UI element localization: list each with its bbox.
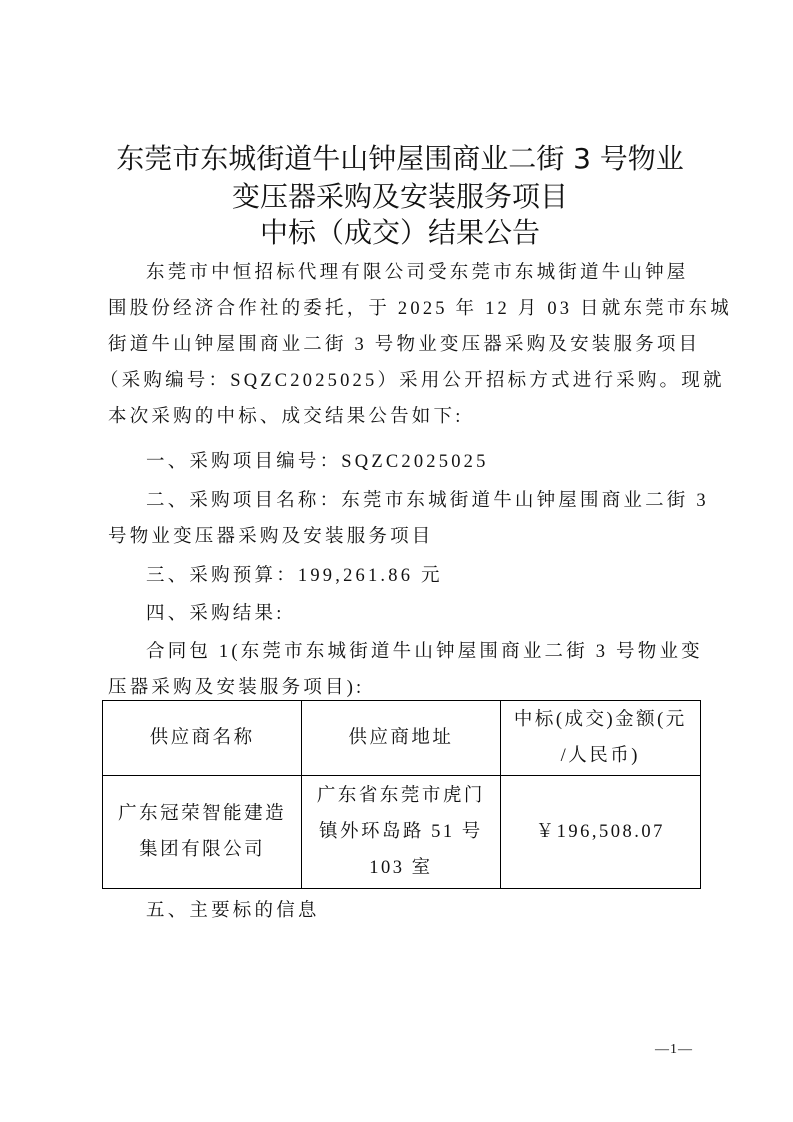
section-2-project-name-line-2: 号物业变压器采购及安装服务项目 — [108, 519, 700, 555]
section-2-project-name-line-1: 二、采购项目名称：东莞市东城街道牛山钟屋围商业二街 3 — [146, 483, 738, 519]
supplier-address-line-2: 镇外环岛路 51 号 — [306, 814, 495, 850]
section-3-budget: 三、采购预算：199,261.86 元 — [146, 558, 738, 594]
supplier-address-line-1: 广东省东莞市虎门 — [306, 778, 495, 814]
package-line-1: 合同包 1(东莞市东城街道牛山钟屋围商业二街 3 号物业变 — [146, 634, 738, 670]
section-1-project-number: 一、采购项目编号：SQZC2025025 — [146, 444, 738, 480]
header-amount-line-1: 中标(成交)金额(元 — [505, 702, 696, 738]
amount-cell: ￥196,508.07 — [500, 776, 700, 889]
header-amount: 中标(成交)金额(元 /人民币) — [500, 701, 700, 776]
table-header-row: 供应商名称 供应商地址 中标(成交)金额(元 /人民币) — [103, 701, 701, 776]
section-5-main-subject-info: 五、主要标的信息 — [146, 893, 738, 929]
header-supplier-address: 供应商地址 — [302, 701, 500, 776]
title-line-1: 东莞市东城街道牛山钟屋围商业二街 3 号物业 — [60, 141, 740, 177]
intro-line-3: 街道牛山钟屋围商业二街 3 号物业变压器采购及安装服务项目 — [108, 327, 700, 363]
title-line-3: 中标（成交）结果公告 — [60, 215, 740, 251]
section-4-results: 四、采购结果: — [146, 596, 738, 632]
page-number: —1— — [655, 1042, 693, 1058]
header-amount-line-2: /人民币) — [505, 738, 696, 774]
supplier-address-line-3: 103 室 — [306, 850, 495, 886]
header-supplier-name: 供应商名称 — [103, 701, 302, 776]
supplier-name-cell: 广东冠荣智能建造 集团有限公司 — [103, 776, 302, 889]
supplier-name-line-1: 广东冠荣智能建造 — [107, 796, 297, 832]
supplier-address-cell: 广东省东莞市虎门 镇外环岛路 51 号 103 室 — [302, 776, 500, 889]
results-table: 供应商名称 供应商地址 中标(成交)金额(元 /人民币) 广东冠荣智能建造 集团… — [102, 700, 701, 889]
title-line-2: 变压器采购及安装服务项目 — [60, 179, 740, 215]
intro-line-4: （采购编号：SQZC2025025）采用公开招标方式进行采购。现就 — [100, 363, 692, 399]
intro-line-1: 东莞市中恒招标代理有限公司受东莞市东城街道牛山钟屋 — [146, 255, 738, 291]
intro-line-2: 围股份经济合作社的委托，于 2025 年 12 月 03 日就东莞市东城 — [108, 291, 700, 327]
table-row: 广东冠荣智能建造 集团有限公司 广东省东莞市虎门 镇外环岛路 51 号 103 … — [103, 776, 701, 889]
supplier-name-line-2: 集团有限公司 — [107, 832, 297, 868]
document-page: 东莞市东城街道牛山钟屋围商业二街 3 号物业 变压器采购及安装服务项目 中标（成… — [0, 0, 793, 1122]
intro-line-5: 本次采购的中标、成交结果公告如下: — [108, 399, 700, 435]
